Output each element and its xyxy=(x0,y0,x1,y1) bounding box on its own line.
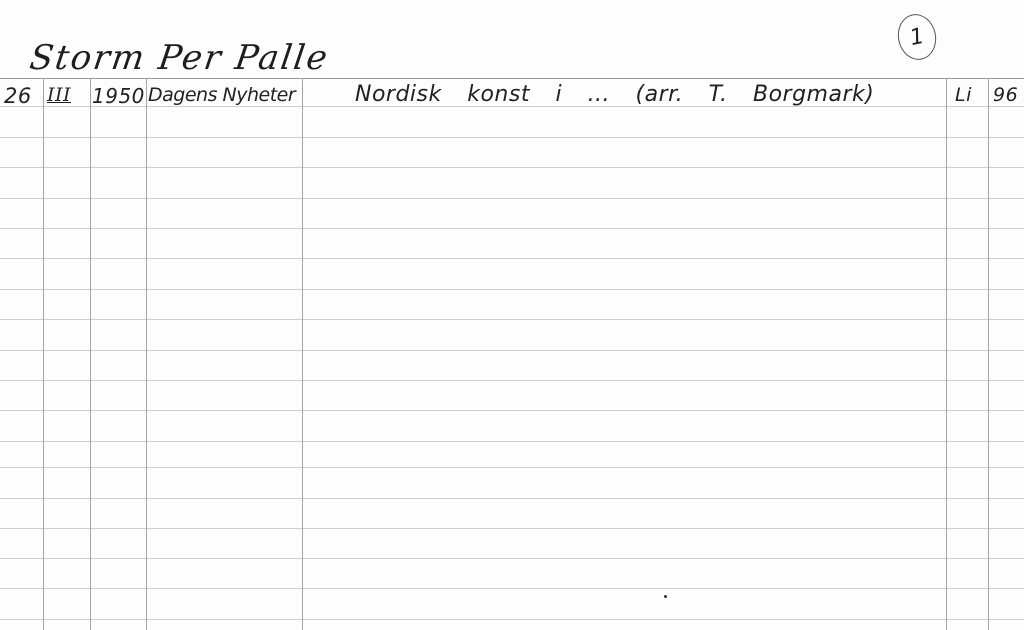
row-rule xyxy=(0,258,1024,259)
row-rule xyxy=(0,588,1024,589)
row-rule xyxy=(0,441,1024,442)
row-rule xyxy=(0,619,1024,620)
row-rule xyxy=(0,380,1024,381)
entry-ref-a: Li xyxy=(955,84,972,106)
row-rule xyxy=(0,228,1024,229)
column-rule-source xyxy=(302,78,303,630)
row-rule xyxy=(0,198,1024,199)
row-rule xyxy=(0,410,1024,411)
column-rule-year xyxy=(146,78,147,630)
column-rule-title xyxy=(946,78,947,630)
entry-year: 1950 xyxy=(92,84,145,108)
person-name: Storm Per Palle xyxy=(27,38,331,78)
entry-source: Dagens Nyheter xyxy=(148,84,295,106)
row-rule xyxy=(0,467,1024,468)
row-rule xyxy=(0,498,1024,499)
ink-speck xyxy=(664,595,667,598)
row-rule xyxy=(0,350,1024,351)
index-card: Storm Per Palle 1 26 III 1950 Dagens Nyh… xyxy=(0,0,1024,630)
row-rule xyxy=(0,558,1024,559)
column-rule-ref xyxy=(988,78,989,630)
row-rule xyxy=(0,289,1024,290)
row-rule xyxy=(0,137,1024,138)
column-rule-day xyxy=(43,78,44,630)
card-number-circle: 1 xyxy=(894,11,941,64)
row-rule xyxy=(0,319,1024,320)
entry-ref-b: 96 xyxy=(993,84,1018,106)
row-rule xyxy=(0,528,1024,529)
row-rule xyxy=(0,167,1024,168)
entry-month: III xyxy=(47,84,71,106)
entry-title: Nordisk konst i ... (arr. T. Borgmark) xyxy=(355,82,874,107)
column-rule-month xyxy=(90,78,91,630)
card-number: 1 xyxy=(908,23,927,50)
header-rule xyxy=(0,78,1024,79)
entry-day: 26 xyxy=(4,84,32,108)
